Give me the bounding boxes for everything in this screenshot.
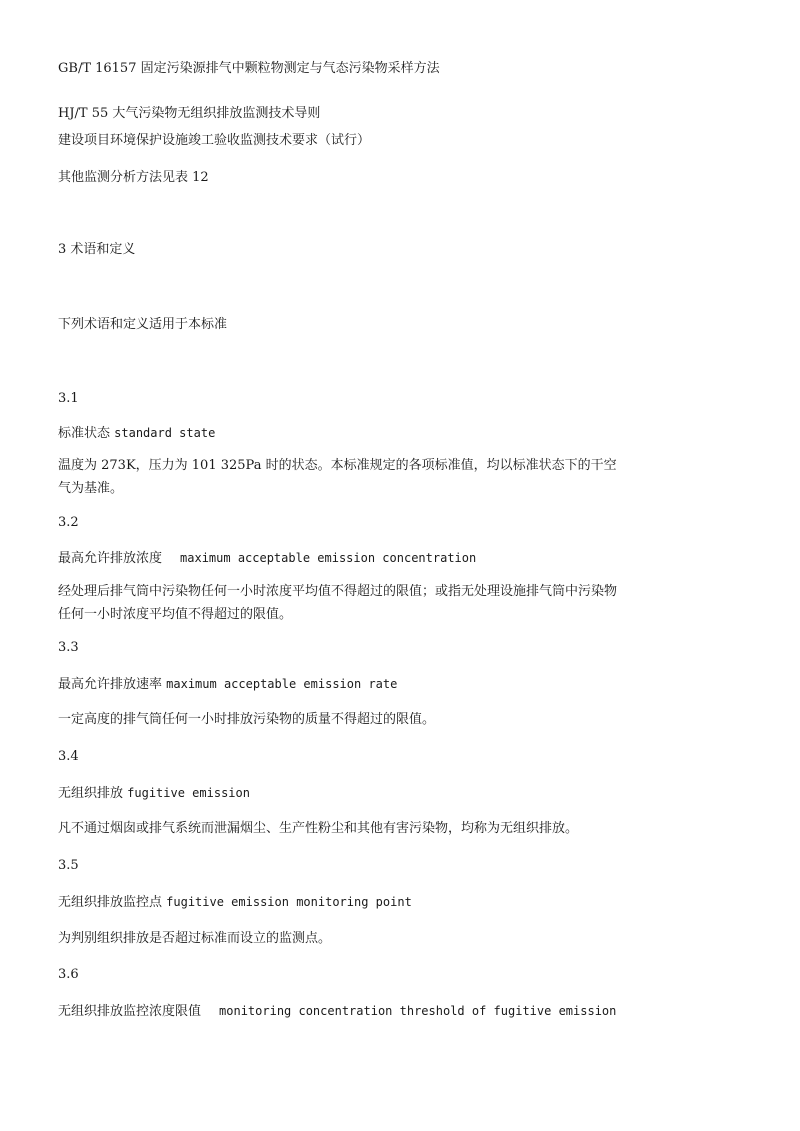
term-title-cn: 最高允许排放速率 [58, 677, 162, 692]
term-number: 3.2 [58, 515, 79, 531]
term-title: 无组织排放 fugitive emission [58, 785, 250, 802]
term-definition: 一定高度的排气筒任何一小时排放污染物的质量不得超过的限值。 [58, 712, 435, 728]
term-number: 3.6 [58, 967, 79, 983]
term-title: 最高允许排放浓度maximum acceptable emission conc… [58, 550, 476, 567]
term-title-en: fugitive emission [127, 786, 250, 800]
term-title-cn: 最高允许排放浓度 [58, 551, 162, 566]
term-title-en: maximum acceptable emission rate [166, 677, 397, 691]
term-definition: 经处理后排气筒中污染物任何一小时浓度平均值不得超过的限值；或指无处理设施排气筒中… [58, 581, 622, 626]
section-heading: 3 术语和定义 [58, 242, 135, 258]
term-definition: 温度为 273K，压力为 101 325Pa 时的状态。本标准规定的各项标准值，… [58, 455, 622, 500]
reference-item: HJ/T 55 大气污染物无组织排放监测技术导则 [58, 106, 320, 122]
reference-item: 建设项目环境保护设施竣工验收监测技术要求（试行） [58, 133, 370, 149]
reference-item: GB/T 16157 固定污染源排气中颗粒物测定与气态污染物采样方法 [58, 61, 440, 77]
term-title: 标准状态 standard state [58, 425, 215, 442]
term-number: 3.1 [58, 391, 79, 407]
term-definition: 为判别组织排放是否超过标准而设立的监测点。 [58, 931, 331, 947]
section-intro: 下列术语和定义适用于本标准 [58, 317, 227, 333]
term-title-en: fugitive emission monitoring point [166, 895, 412, 909]
reference-item: 其他监测分析方法见表 12 [58, 170, 209, 186]
term-title: 无组织排放监控浓度限值monitoring concentration thre… [58, 1003, 616, 1020]
term-title-cn: 无组织排放 [58, 786, 123, 801]
term-title: 最高允许排放速率 maximum acceptable emission rat… [58, 676, 397, 693]
term-title-en: standard state [114, 426, 215, 440]
term-title-cn: 标准状态 [58, 426, 110, 441]
term-number: 3.4 [58, 749, 79, 765]
term-title-en: maximum acceptable emission concentratio… [180, 551, 476, 565]
term-title: 无组织排放监控点 fugitive emission monitoring po… [58, 894, 412, 911]
term-title-cn: 无组织排放监控浓度限值 [58, 1004, 201, 1019]
term-number: 3.3 [58, 640, 79, 656]
term-number: 3.5 [58, 858, 79, 874]
term-definition: 凡不通过烟囱或排气系统而泄漏烟尘、生产性粉尘和其他有害污染物，均称为无组织排放。 [58, 821, 578, 837]
term-title-cn: 无组织排放监控点 [58, 895, 162, 910]
term-title-en: monitoring concentration threshold of fu… [219, 1004, 616, 1018]
